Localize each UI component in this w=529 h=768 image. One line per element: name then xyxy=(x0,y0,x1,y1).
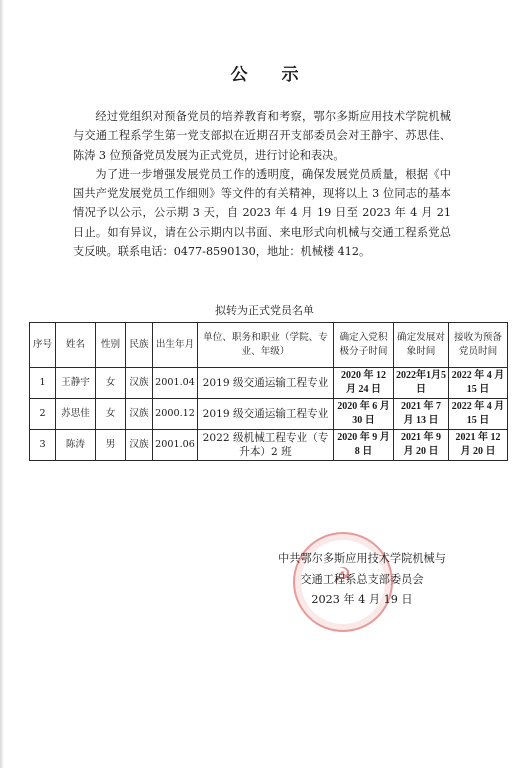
table-row: 1 王静宇 女 汉族 2001.04 2019 级交通运输工程专业 2020 年… xyxy=(30,368,508,399)
cell-index: 1 xyxy=(30,368,56,399)
cell-probationary-date: 2022 年 4 月 15 日 xyxy=(449,399,508,430)
header-ethnicity: 民族 xyxy=(126,323,153,368)
cell-probationary-date: 2022 年 4 月 15 日 xyxy=(449,368,508,399)
cell-index: 3 xyxy=(30,430,56,461)
table-caption: 拟转为正式党员名单 xyxy=(0,302,529,318)
cell-probationary-date: 2021 年 12 月 20 日 xyxy=(449,430,508,461)
signature-org-line1: 中共鄂尔多斯应用技术学院机械与 xyxy=(262,549,462,570)
cell-gender: 男 xyxy=(96,430,126,461)
table-row: 3 陈涛 男 汉族 2001.06 2022 级机械工程专业（专升本）2 班 2… xyxy=(30,430,508,461)
table-header-row: 序号 姓名 性别 民族 出生年月 单位、职务和职业（学院、专业、年级） 确定入党… xyxy=(30,323,508,368)
page-edge xyxy=(0,0,4,768)
cell-birth: 2000.12 xyxy=(153,399,198,430)
header-activist-date: 确定入党积极分子时间 xyxy=(334,323,394,368)
cell-name: 陈涛 xyxy=(56,430,96,461)
cell-ethnicity: 汉族 xyxy=(126,368,153,399)
table-row: 2 苏思佳 女 汉族 2000.12 2019 级交通运输工程专业 2020 年… xyxy=(30,399,508,430)
header-name: 姓名 xyxy=(56,323,96,368)
cell-gender: 女 xyxy=(96,399,126,430)
paragraph-2: 为了进一步增强发展党员工作的透明度，确保发展党员质量，根据《中国共产党发展党员工… xyxy=(73,165,451,261)
signature-date: 2023 年 4 月 19 日 xyxy=(262,590,462,611)
header-probationary-date: 接收为预备党员时间 xyxy=(449,323,508,368)
header-gender: 性别 xyxy=(96,323,126,368)
cell-unit: 2019 级交通运输工程专业 xyxy=(198,399,334,430)
cell-activist-date: 2020 年 9 月 8 日 xyxy=(334,430,394,461)
cell-name: 王静宇 xyxy=(56,368,96,399)
cell-candidate-date: 2021 年 9 月 20 日 xyxy=(394,430,449,461)
header-candidate-date: 确定发展对象时间 xyxy=(394,323,449,368)
header-unit: 单位、职务和职业（学院、专业、年级） xyxy=(198,323,334,368)
cell-birth: 2001.06 xyxy=(153,430,198,461)
cell-index: 2 xyxy=(30,399,56,430)
header-birth: 出生年月 xyxy=(153,323,198,368)
cell-candidate-date: 2021 年 7 月 13 日 xyxy=(394,399,449,430)
cell-gender: 女 xyxy=(96,368,126,399)
cell-candidate-date: 2022年1月5日 xyxy=(394,368,449,399)
cell-ethnicity: 汉族 xyxy=(126,399,153,430)
signature-block: 中共鄂尔多斯应用技术学院机械与 交通工程系总支部委员会 2023 年 4 月 1… xyxy=(262,549,462,611)
cell-birth: 2001.04 xyxy=(153,368,198,399)
cell-name: 苏思佳 xyxy=(56,399,96,430)
paragraph-1: 经过党组织对预备党员的培养教育和考察，鄂尔多斯应用技术学院机械与交通工程系学生第… xyxy=(73,107,451,165)
cell-unit: 2022 级机械工程专业（专升本）2 班 xyxy=(198,430,334,461)
members-table: 序号 姓名 性别 民族 出生年月 单位、职务和职业（学院、专业、年级） 确定入党… xyxy=(29,322,508,461)
cell-activist-date: 2020 年 12 月 24 日 xyxy=(334,368,394,399)
cell-ethnicity: 汉族 xyxy=(126,430,153,461)
page-title: 公 示 xyxy=(0,60,529,85)
notice-body: 经过党组织对预备党员的培养教育和考察，鄂尔多斯应用技术学院机械与交通工程系学生第… xyxy=(73,107,451,261)
cell-unit: 2019 级交通运输工程专业 xyxy=(198,368,334,399)
signature-org-line2: 交通工程系总支部委员会 xyxy=(262,570,462,591)
header-index: 序号 xyxy=(30,323,56,368)
cell-activist-date: 2020 年 6 月 30 日 xyxy=(334,399,394,430)
